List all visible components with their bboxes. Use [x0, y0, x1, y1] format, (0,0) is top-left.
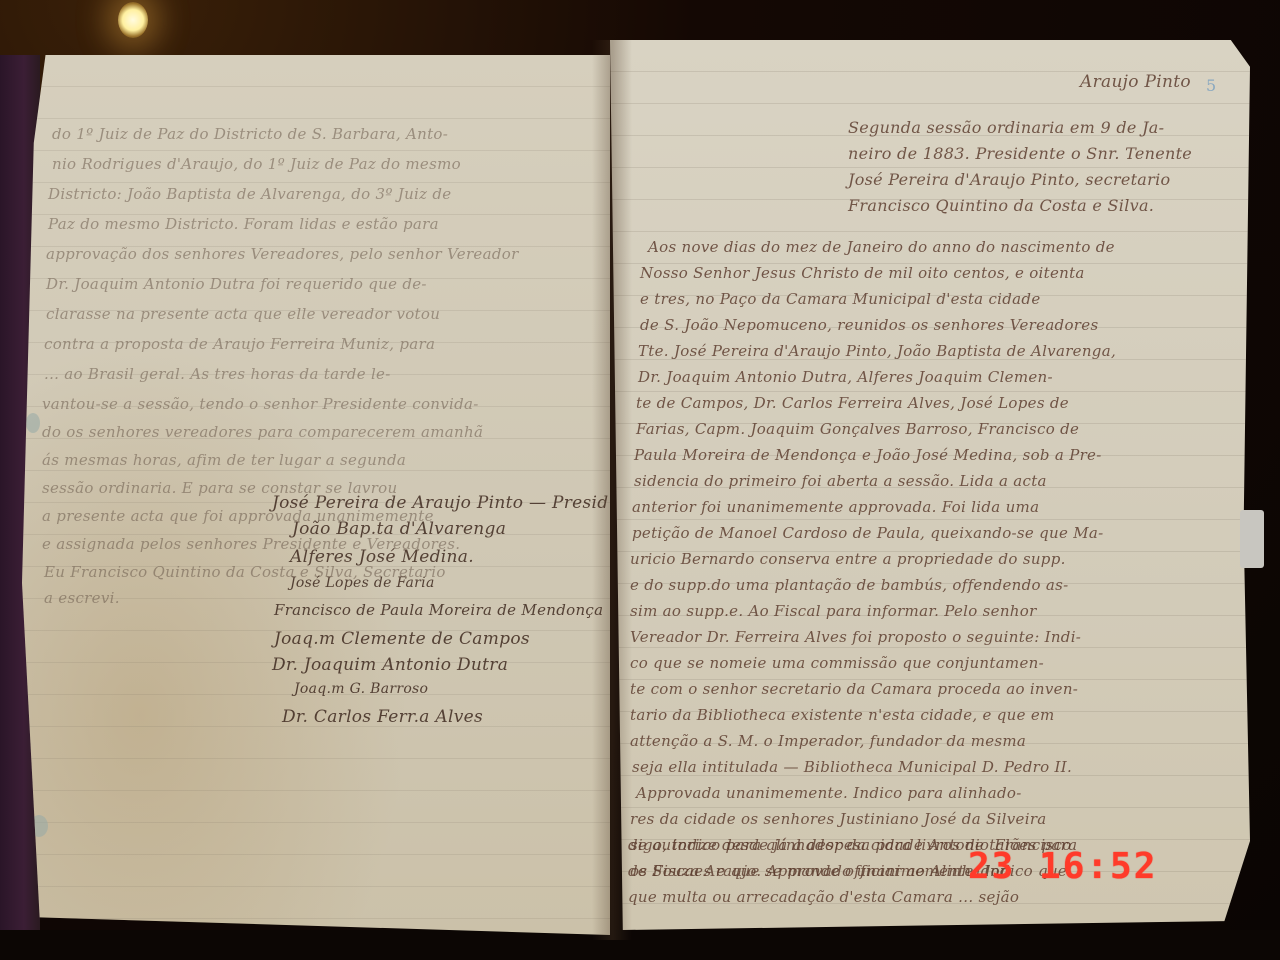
body-line-3: e tres, no Paço da Camara Municipal d'es…	[640, 290, 1041, 308]
body-line-19: tario da Bibliotheca existente n'esta ci…	[630, 706, 1055, 724]
body-line-7: te de Campos, Dr. Carlos Ferreira Alves,…	[636, 394, 1069, 412]
signature-2: João Bap.ta d'Alvarenga	[292, 519, 506, 539]
page-number: 5	[1206, 76, 1216, 95]
left-line-4: Paz do mesmo Districto. Foram lidas e es…	[48, 215, 439, 233]
body-line-21: seja ella intitulada — Bibliotheca Munic…	[632, 758, 1072, 776]
signature-7: Dr. Joaquim Antonio Dutra	[272, 655, 508, 675]
body-line-23: res da cidade os senhores Justiniano Jos…	[630, 810, 1047, 828]
body-line-13: uricio Bernardo conserva entre a proprie…	[630, 550, 1066, 568]
left-line-8: contra a proposta de Araujo Ferreira Mun…	[44, 335, 435, 353]
signature-8: Joaq.m G. Barroso	[294, 681, 428, 697]
body-line-2: Nosso Senhor Jesus Christo de mil oito c…	[640, 264, 1085, 282]
heading-line-1: Segunda sessão ordinaria em 9 de Ja-	[848, 118, 1164, 137]
body-line-6: Dr. Joaquim Antonio Dutra, Alferes Joaqu…	[638, 368, 1053, 386]
left-line-12: ás mesmas horas, afim de ter lugar a seg…	[42, 451, 406, 469]
body-line-14: e do supp.do uma plantação de bambús, of…	[630, 576, 1069, 594]
body-line-15: sim ao supp.e. Ao Fiscal para informar. …	[630, 602, 1037, 620]
left-manuscript-page: do 1º Juiz de Paz do Districto de S. Bar…	[22, 55, 610, 935]
left-line-10: vantou-se a sessão, tendo o senhor Presi…	[42, 395, 479, 413]
paper-stain	[26, 413, 40, 433]
signature-6: Joaq.m Clemente de Campos	[274, 629, 530, 649]
left-line-3: Districto: João Baptista de Alvarenga, d…	[48, 185, 451, 203]
body-line-28: que multa ou arrecadação d'esta Camara .…	[628, 888, 1019, 906]
body-line-22: Approvada unanimemente. Indico para alin…	[636, 784, 1022, 802]
body-line-4: de S. João Nepomuceno, reunidos os senho…	[640, 316, 1098, 334]
body-line-11: anterior foi unanimemente approvada. Foi…	[632, 498, 1039, 516]
left-line-11: do os senhores vereadores para comparece…	[42, 423, 483, 441]
left-line-5: approvação dos senhores Vereadores, pelo…	[46, 245, 519, 263]
body-line-20: attenção a S. M. o Imperador, fundador d…	[630, 732, 1026, 750]
signature-9: Dr. Carlos Ferr.a Alves	[282, 707, 483, 727]
signature-5: Francisco de Paula Moreira de Mendonça	[274, 601, 603, 619]
ceiling-lamp-light	[118, 2, 148, 38]
top-margin-note: Araujo Pinto	[1080, 72, 1191, 92]
left-line-2: nio Rodrigues d'Araujo, do 1º Juiz de Pa…	[52, 155, 461, 173]
camera-timestamp-overlay: 23 16:52	[968, 846, 1157, 887]
body-line-10: sidencia do primeiro foi aberta a sessão…	[634, 472, 1047, 490]
body-line-1: Aos nove dias do mez de Janeiro do anno …	[648, 238, 1115, 256]
heading-line-2: neiro de 1883. Presidente o Snr. Tenente	[848, 144, 1192, 163]
body-line-5: Tte. José Pereira d'Araujo Pinto, João B…	[638, 342, 1116, 360]
body-line-12: petição de Manoel Cardoso de Paula, quei…	[632, 524, 1104, 542]
body-line-18: te com o senhor secretario da Camara pro…	[630, 680, 1078, 698]
left-line-9: ... ao Brasil geral. As tres horas da ta…	[44, 365, 391, 383]
left-line-1: do 1º Juiz de Paz do Districto de S. Bar…	[52, 125, 448, 143]
left-line-17: a escrevi.	[44, 589, 120, 607]
body-line-16: Vereador Dr. Ferreira Alves foi proposto…	[630, 628, 1081, 646]
signature-4: José Lopes de Faria	[290, 575, 435, 591]
body-line-8: Farias, Capm. Joaquim Gonçalves Barroso,…	[636, 420, 1079, 438]
book-spine-shadow	[592, 40, 632, 940]
table-surface	[0, 930, 1280, 960]
right-manuscript-page: Araujo Pinto 5 Segunda sessão ordinaria …	[610, 40, 1250, 930]
signature-1: José Pereira de Araujo Pinto — Presid.te	[272, 493, 610, 513]
body-line-17: co que se nomeie uma commissão que conju…	[630, 654, 1044, 672]
body-line-9: Paula Moreira de Mendonça e João José Me…	[634, 446, 1102, 464]
heading-line-4: Francisco Quintino da Costa e Silva.	[848, 196, 1154, 215]
signature-3: Alferes José Medina.	[290, 547, 474, 567]
body-line-27: os Fiscaes e que se mande officiar ao Al…	[630, 862, 1007, 880]
left-line-7: clarasse na presente acta que elle verea…	[46, 305, 440, 323]
heading-line-3: José Pereira d'Araujo Pinto, secretario	[848, 170, 1170, 189]
left-line-6: Dr. Joaquim Antonio Dutra foi requerido …	[46, 275, 427, 293]
paper-bookmark-tab	[1240, 510, 1264, 568]
